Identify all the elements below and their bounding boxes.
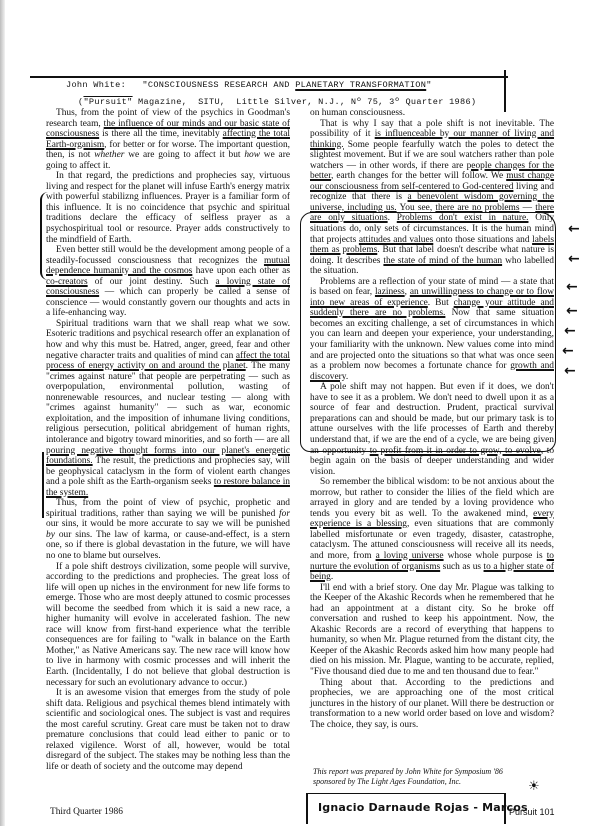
margin-arrow-icon: ← <box>564 366 576 376</box>
article-credit: This report was prepared by John White f… <box>313 767 503 786</box>
signature-text: Ignacio Darnaude Rojas - Marcos <box>318 801 528 814</box>
paragraph: It is an awesome vision that emerges fro… <box>46 688 290 772</box>
paragraph: So remember the biblical wisdom: to be n… <box>310 477 554 582</box>
page-number: Pursuit 101 <box>509 807 555 817</box>
margin-arrow-icon: ← <box>566 306 578 316</box>
margin-bracket <box>42 452 48 518</box>
margin-arrow-icon: ← <box>568 224 580 234</box>
margin-bracket <box>40 192 48 280</box>
paragraph: If a pole shift destroys civilization, s… <box>46 562 290 689</box>
scan-edge-shadow <box>0 0 5 826</box>
margin-arrow-icon: ← <box>564 326 576 336</box>
margin-arrow-icon: ← <box>566 282 578 292</box>
paragraph: In that regard, the predictions and prop… <box>46 171 290 245</box>
magazine-name: "Pursuit" <box>83 97 132 107</box>
article-source: ("Pursuit" Magazine, SITU, Little Silver… <box>78 97 476 107</box>
paragraph: Thing about that. According to the predi… <box>310 678 554 731</box>
handwritten-box <box>300 212 556 452</box>
paragraph: Even better still would be the developme… <box>46 245 290 319</box>
author-label: John White: <box>66 80 126 90</box>
paragraph: on human consciousness. <box>310 108 554 119</box>
article-title: "CONSCIOUSNESS RESEARCH AND PLANETARY TR… <box>142 80 431 90</box>
article-header: John White: "CONSCIOUSNESS RESEARCH AND … <box>66 80 432 90</box>
signature-stamp: Ignacio Darnaude Rojas - Marcos <box>306 793 506 824</box>
header-rule <box>30 76 508 78</box>
paragraph: Spiritual traditions warn that we shall … <box>46 319 290 498</box>
margin-arrow-icon: ← <box>568 254 580 264</box>
paragraph: Thus, from the point of view of psychic,… <box>46 498 290 561</box>
paragraph: I'll end with a brief story. One day Mr.… <box>310 583 554 678</box>
sunrise-hand-icon: ☀ <box>528 778 540 794</box>
left-column: Thus, from the point of view of the psyc… <box>46 108 290 772</box>
margin-arrow-icon: ← <box>562 346 574 356</box>
paragraph: Thus, from the point of view of the psyc… <box>46 108 290 171</box>
header-margin-mark <box>504 70 506 112</box>
issue-date: Third Quarter 1986 <box>50 807 123 817</box>
